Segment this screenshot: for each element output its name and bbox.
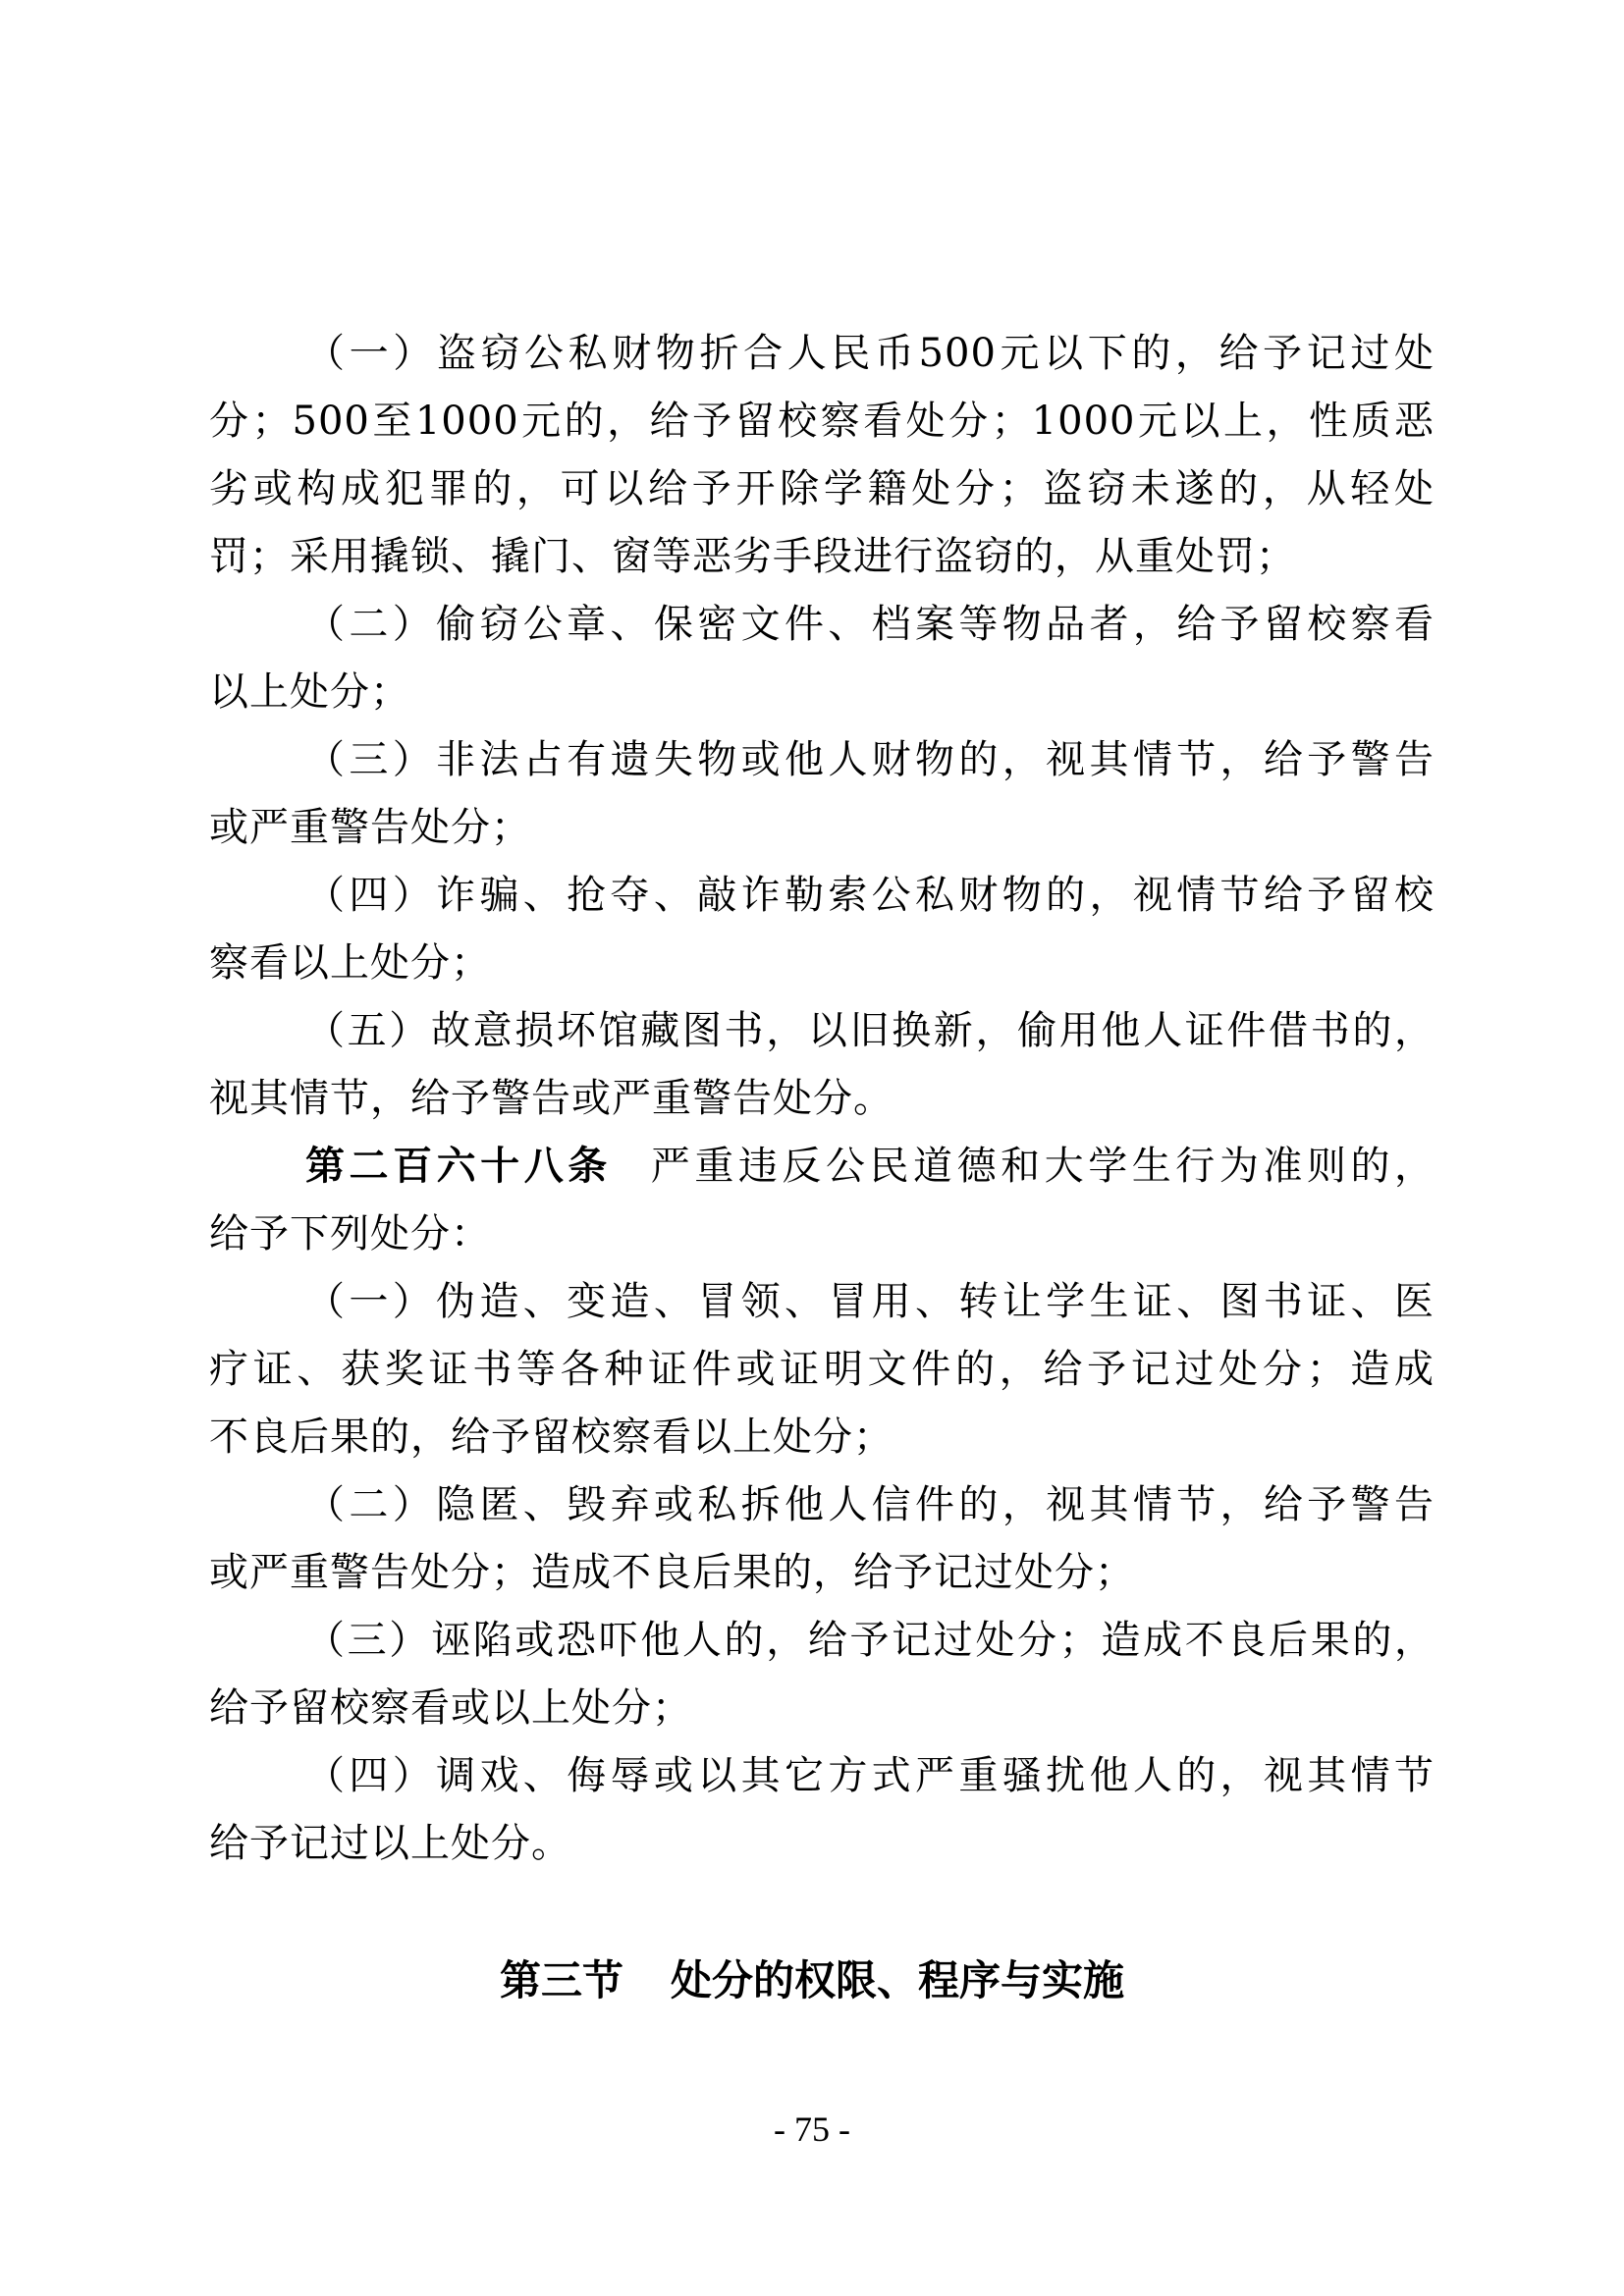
- document-body: （一）盗窃公私财物折合人民币500元以下的，给予记过处 分；500至1000元的…: [209, 320, 1435, 1878]
- paragraph-line: 察看以上处分；: [209, 930, 1435, 997]
- paragraph-line: 劣或构成犯罪的，可以给予开除学籍处分；盗窃未遂的，从轻处: [209, 455, 1435, 523]
- page-number: - 75 -: [0, 2109, 1624, 2150]
- paragraph-line: 或严重警告处分；: [209, 794, 1435, 862]
- paragraph-line: 罚；采用撬锁、撬门、窗等恶劣手段进行盗窃的，从重处罚；: [209, 523, 1435, 591]
- paragraph-line: （三）诬陷或恐吓他人的，给予记过处分；造成不良后果的，: [209, 1607, 1435, 1675]
- section-heading: 第三节处分的权限、程序与实施: [0, 1949, 1624, 2007]
- paragraph-line: 以上处分；: [209, 659, 1435, 726]
- section-title-text: 处分的权限、程序与实施: [671, 1956, 1124, 2004]
- paragraph-line: 不良后果的，给予留校察看以上处分；: [209, 1404, 1435, 1471]
- paragraph-line: 视其情节，给予警告或严重警告处分。: [209, 1065, 1435, 1133]
- paragraph-line: （五）故意损坏馆藏图书，以旧换新，偷用他人证件借书的，: [209, 997, 1435, 1065]
- paragraph-line: （三）非法占有遗失物或他人财物的，视其情节，给予警告: [209, 726, 1435, 794]
- paragraph-line: 或严重警告处分；造成不良后果的，给予记过处分；: [209, 1539, 1435, 1607]
- article-text: 严重违反公民道德和大学生行为准则的，: [651, 1144, 1435, 1189]
- paragraph-line: （四）诈骗、抢夺、敲诈勒索公私财物的，视情节给予留校: [209, 862, 1435, 930]
- paragraph-line: 给予留校察看或以上处分；: [209, 1675, 1435, 1742]
- paragraph-line: 分；500至1000元的，给予留校察看处分；1000元以上，性质恶: [209, 388, 1435, 455]
- article-heading-line: 第二百六十八条严重违反公民道德和大学生行为准则的，: [209, 1133, 1435, 1201]
- paragraph-line: （一）盗窃公私财物折合人民币500元以下的，给予记过处: [209, 320, 1435, 388]
- paragraph-line: 给予记过以上处分。: [209, 1810, 1435, 1878]
- paragraph-line: 给予下列处分：: [209, 1201, 1435, 1268]
- paragraph-line: （二）隐匿、毁弃或私拆他人信件的，视其情节，给予警告: [209, 1471, 1435, 1539]
- article-label: 第二百六十八条: [305, 1144, 612, 1189]
- paragraph-line: 疗证、获奖证书等各种证件或证明文件的，给予记过处分；造成: [209, 1336, 1435, 1404]
- section-number: 第三节: [500, 1956, 623, 2004]
- paragraph-line: （二）偷窃公章、保密文件、档案等物品者，给予留校察看: [209, 591, 1435, 659]
- paragraph-line: （四）调戏、侮辱或以其它方式严重骚扰他人的，视其情节: [209, 1742, 1435, 1810]
- paragraph-line: （一）伪造、变造、冒领、冒用、转让学生证、图书证、医: [209, 1268, 1435, 1336]
